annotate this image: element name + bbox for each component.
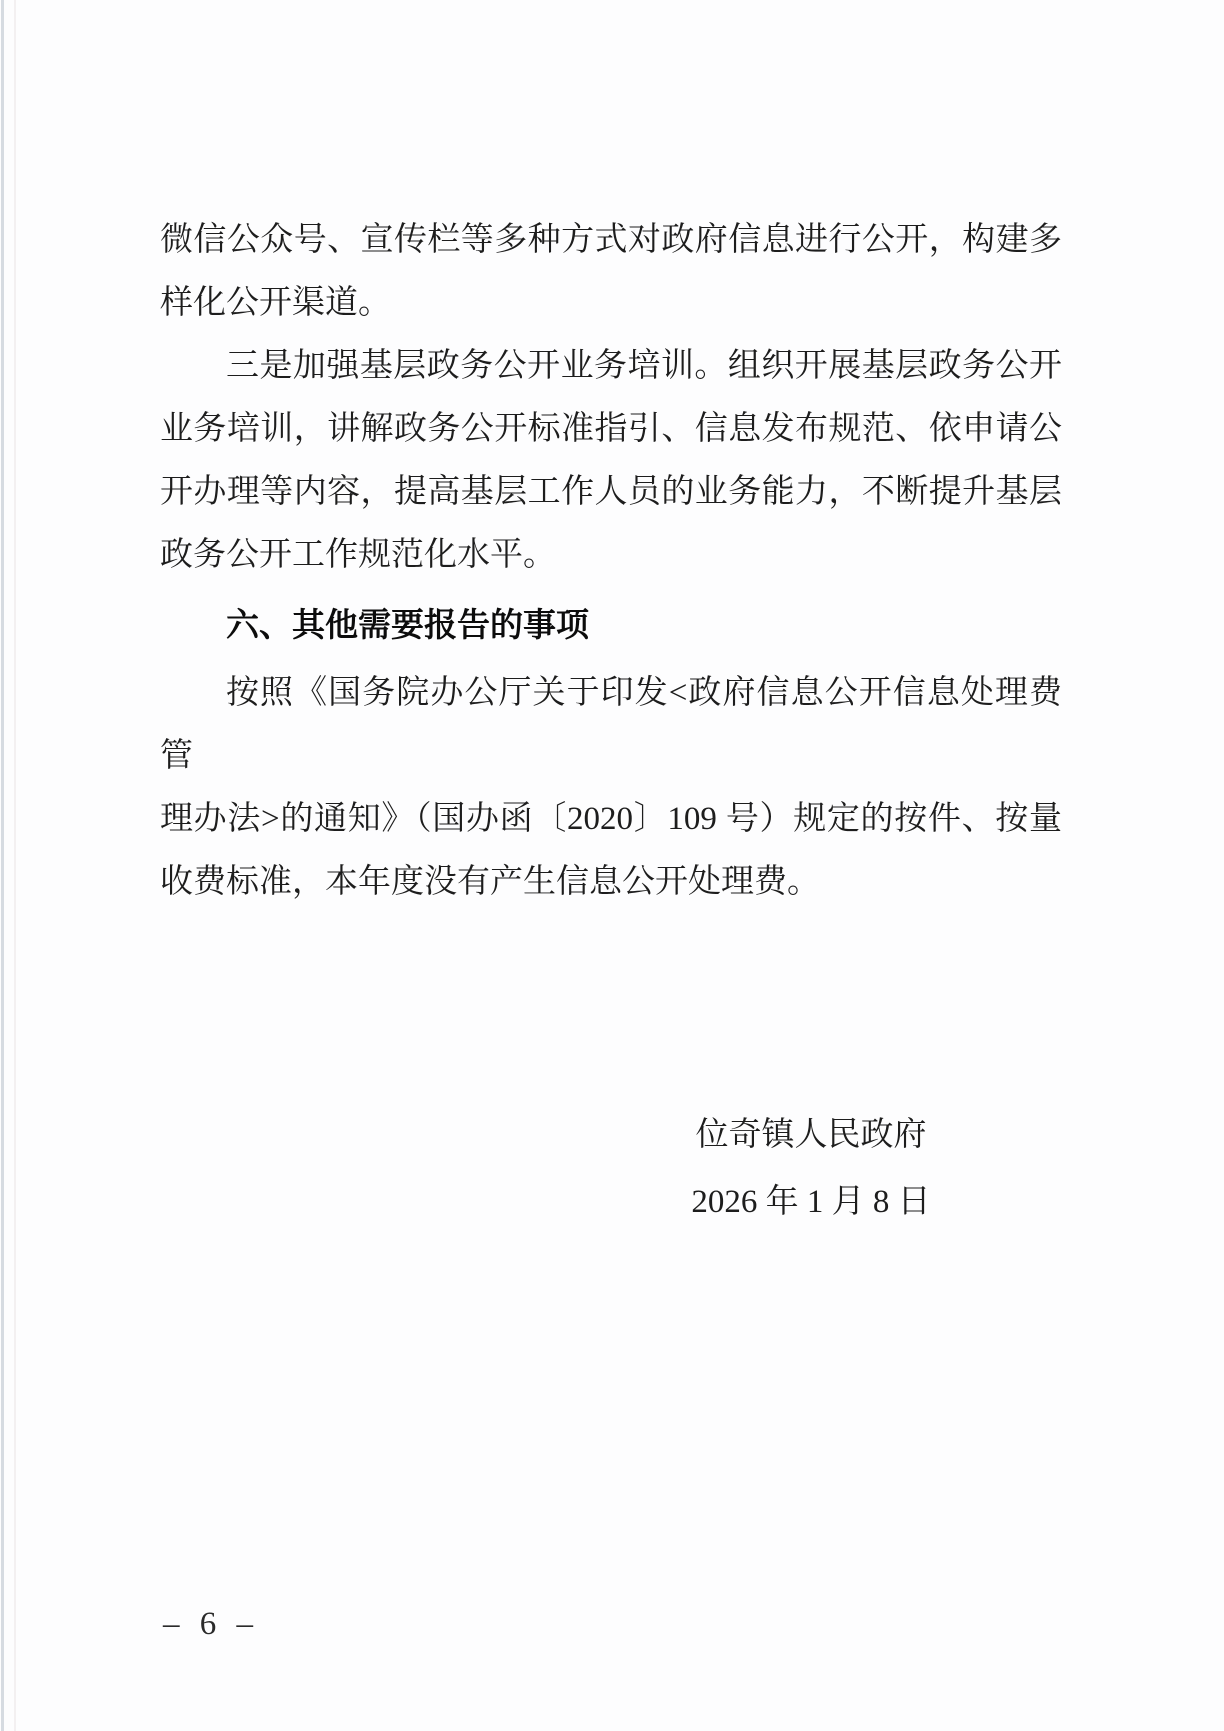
section-heading: 六、其他需要报告的事项	[160, 593, 1062, 656]
signature-block: 位奇镇人民政府 2026 年 1 月 8 日	[661, 1102, 961, 1236]
body-text-line: 政务公开工作规范化水平。	[160, 524, 1062, 587]
signature-date: 2026 年 1 月 8 日	[661, 1169, 961, 1236]
body-text-line: 理办法>的通知》（国办函〔2020〕109 号）规定的按件、按量	[160, 788, 1062, 851]
body-text-line: 业务培训，讲解政务公开标准指引、信息发布规范、依申请公	[160, 398, 1062, 461]
scan-edge-artifact-faint	[14, 0, 16, 1731]
body-text-line: 收费标准，本年度没有产生信息公开处理费。	[160, 851, 1062, 914]
scan-edge-artifact	[1, 0, 4, 1731]
body-text-line: 按照《国务院办公厅关于印发<政府信息公开信息处理费管	[160, 662, 1062, 788]
body-text-line: 开办理等内容，提高基层工作人员的业务能力，不断提升基层	[160, 461, 1062, 524]
paragraph-training: 三是加强基层政务公开业务培训。组织开展基层政务公开 业务培训，讲解政务公开标准指…	[160, 335, 1062, 587]
scanned-document: { "colors": { "text": "#1d1d1d", "backgr…	[0, 0, 1224, 1731]
body-text-line: 三是加强基层政务公开业务培训。组织开展基层政务公开	[160, 335, 1062, 398]
paragraph-other-matters: 按照《国务院办公厅关于印发<政府信息公开信息处理费管 理办法>的通知》（国办函〔…	[160, 662, 1062, 914]
paragraph-channels: 微信公众号、宣传栏等多种方式对政府信息进行公开，构建多 样化公开渠道。	[160, 209, 1062, 335]
body-text-line: 微信公众号、宣传栏等多种方式对政府信息进行公开，构建多	[160, 209, 1062, 272]
page-number: – 6 –	[163, 1606, 255, 1642]
signature-org: 位奇镇人民政府	[661, 1102, 961, 1169]
document-content: 微信公众号、宣传栏等多种方式对政府信息进行公开，构建多 样化公开渠道。 三是加强…	[160, 209, 1062, 1236]
body-text-line: 样化公开渠道。	[160, 272, 1062, 335]
